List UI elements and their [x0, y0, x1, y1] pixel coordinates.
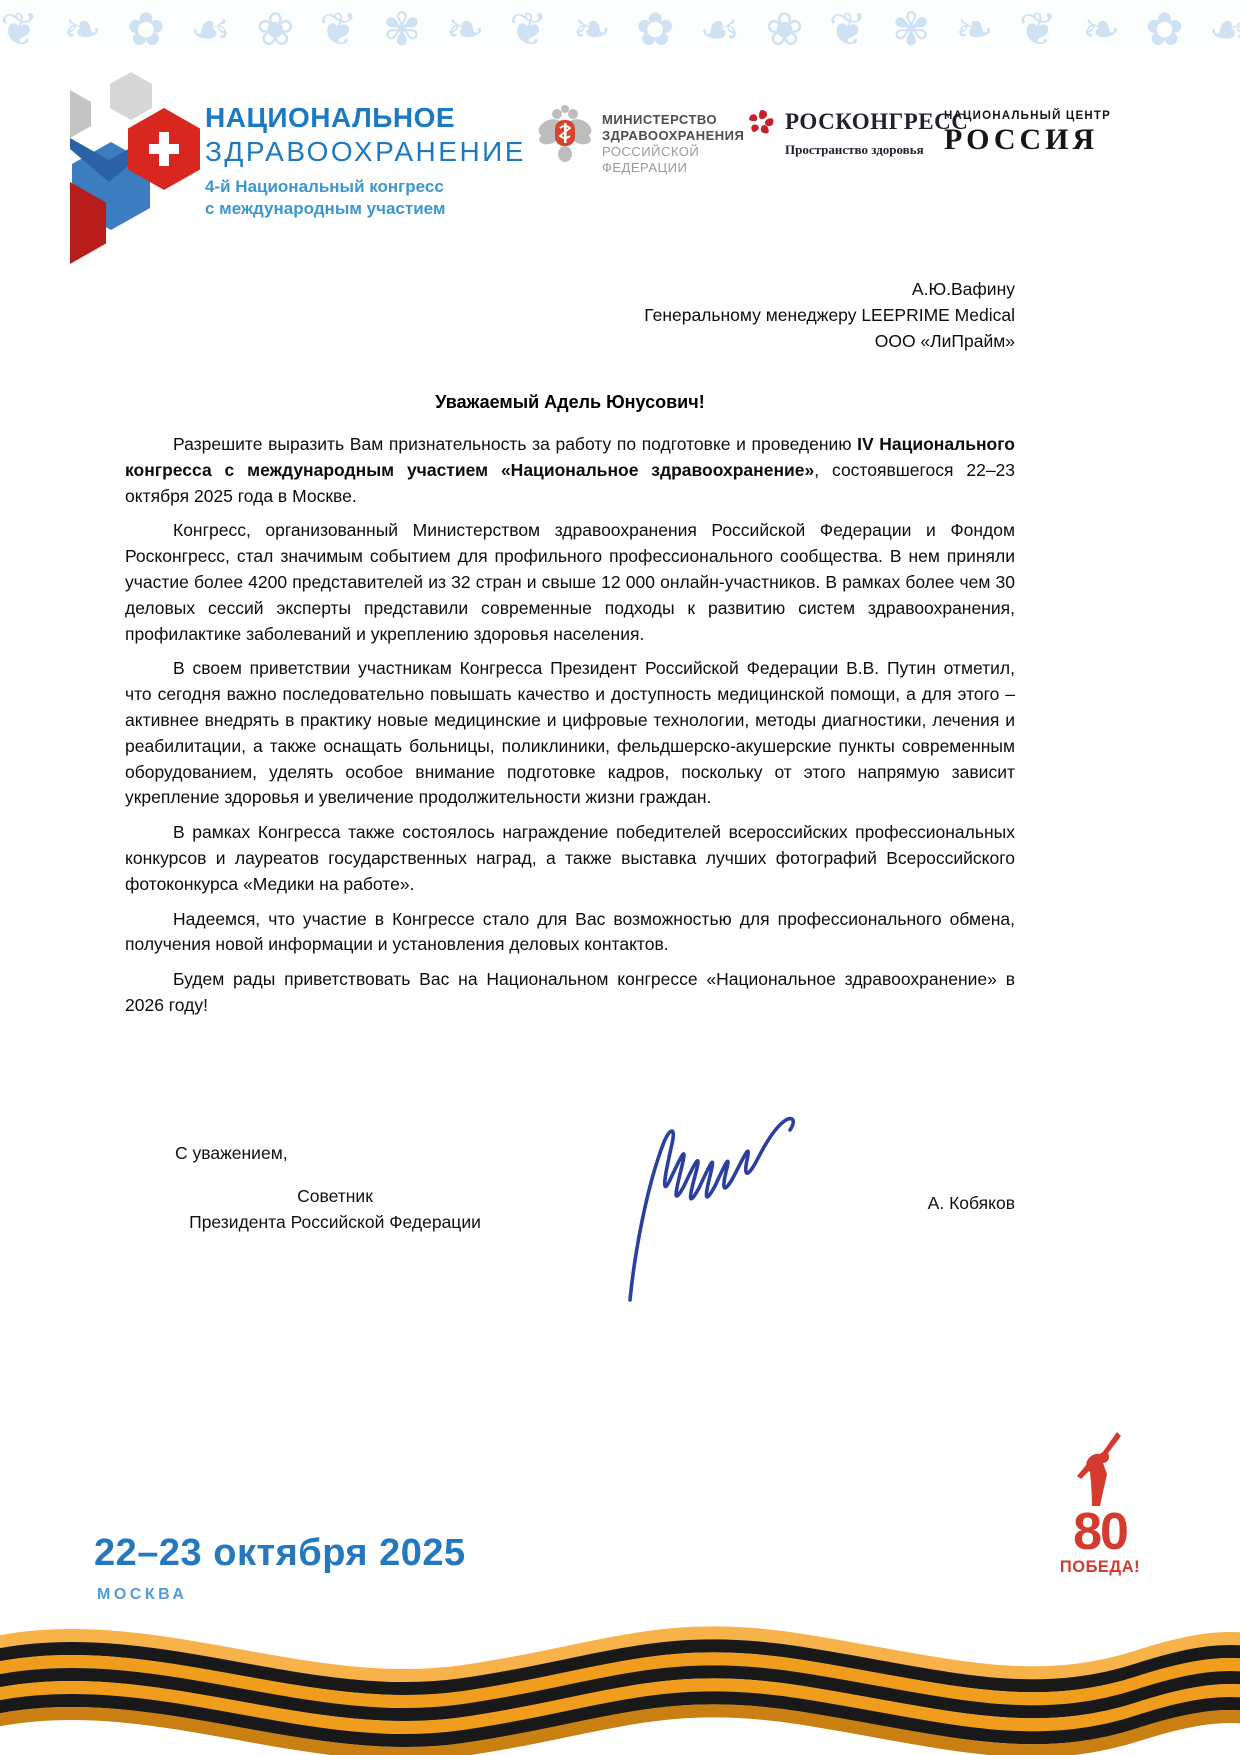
victory-label: ПОБЕДА!: [1040, 1558, 1160, 1577]
victory-number: 80: [1040, 1508, 1160, 1556]
ornament-pattern: ❦ ❧ ✿ ☙ ❀ ❦ ✾ ❧ ❦ ❧ ✿ ☙ ❀ ❦ ✾ ❧ ❦ ❧ ✿ ☙ …: [0, 3, 1240, 55]
signer-title-line2: Президента Российской Федерации: [125, 1209, 545, 1235]
ministry-line3: РОССИЙСКОЙ ФЕДЕРАЦИИ: [602, 144, 766, 176]
event-date: 22–23 октября 2025: [94, 1532, 466, 1575]
eagle-emblem-icon: [536, 102, 594, 164]
roscongress-name: РОСКОНГРЕСС: [785, 109, 968, 135]
congress-subtitle: 4-й Национальный конгресс с международны…: [205, 176, 445, 220]
congress-title-line1: НАЦИОНАЛЬНОЕ: [205, 102, 526, 134]
congress-hexagon-logo: [70, 90, 200, 240]
national-center-line1: НАЦИОНАЛЬНЫЙ ЦЕНТР: [944, 110, 1154, 122]
st-george-ribbon: [0, 1598, 1240, 1755]
letterhead: НАЦИОНАЛЬНОЕ ЗДРАВООХРАНЕНИЕ 4-й Национа…: [0, 88, 1240, 238]
congress-subtitle-line2: с международным участием: [205, 198, 445, 220]
ministry-text: МИНИСТЕРСТВО ЗДРАВООХРАНЕНИЯ РОССИЙСКОЙ …: [602, 112, 766, 176]
paragraph-1: Разрешите выразить Вам признательность з…: [125, 432, 1015, 509]
roscongress-tagline: Пространство здоровья: [785, 142, 925, 158]
paragraph-4: В рамках Конгресса также состоялось нагр…: [125, 820, 1015, 897]
signer-title-line1: Советник: [125, 1183, 545, 1209]
recipient-position: Генеральному менеджеру LEEPRIME Medical: [125, 302, 1015, 328]
paragraph-5: Надеемся, что участие в Конгрессе стало …: [125, 907, 1015, 959]
recipient-company: ООО «ЛиПрайм»: [125, 328, 1015, 354]
signer-name: А. Кобяков: [790, 1193, 1015, 1214]
ministry-line1: МИНИСТЕРСТВО: [602, 112, 766, 128]
roscongress-logo: РОСКОНГРЕСС Пространство здоровья: [745, 106, 925, 158]
closing-regards: С уважением,: [175, 1143, 288, 1164]
recipient-name: А.Ю.Вафину: [125, 276, 1015, 302]
paragraph-3: В своем приветствии участникам Конгресса…: [125, 656, 1015, 811]
signer-title: Советник Президента Российской Федерации: [125, 1183, 545, 1235]
paragraph-6: Будем рады приветствовать Вас на Национа…: [125, 967, 1015, 1019]
gray-hexagon-icon: [110, 72, 152, 120]
congress-logo-title: НАЦИОНАЛЬНОЕ ЗДРАВООХРАНЕНИЕ: [205, 102, 526, 168]
medical-cross-icon: [149, 132, 179, 166]
victory-80-logo: 80 ПОБЕДА!: [1040, 1430, 1160, 1620]
salutation: Уважаемый Адель Юнусович!: [125, 392, 1015, 413]
p1-start: Разрешите выразить Вам признательность з…: [173, 434, 857, 454]
roscongress-pinwheel-icon: [745, 106, 777, 138]
gray-hexagon-shade: [70, 90, 91, 138]
national-center-line2: РОССИЯ: [944, 123, 1154, 157]
paragraph-2: Конгресс, организованный Министерством з…: [125, 518, 1015, 647]
ministry-line2: ЗДРАВООХРАНЕНИЯ: [602, 128, 766, 144]
motherland-statue-icon: [1073, 1430, 1127, 1508]
recipient-block: А.Ю.Вафину Генеральному менеджеру LEEPRI…: [125, 276, 1015, 354]
congress-title-line2: ЗДРАВООХРАНЕНИЕ: [205, 136, 526, 168]
national-center-russia-logo: НАЦИОНАЛЬНЫЙ ЦЕНТР РОССИЯ: [944, 110, 1154, 157]
letter-body: Разрешите выразить Вам признательность з…: [125, 432, 1015, 1028]
decorative-ornament-band: ❦ ❧ ✿ ☙ ❀ ❦ ✾ ❧ ❦ ❧ ✿ ☙ ❀ ❦ ✾ ❧ ❦ ❧ ✿ ☙ …: [0, 0, 1240, 58]
congress-subtitle-line1: 4-й Национальный конгресс: [205, 176, 445, 198]
letter-page: { "letterhead": { "congress_logo": { "ti…: [0, 0, 1240, 1755]
